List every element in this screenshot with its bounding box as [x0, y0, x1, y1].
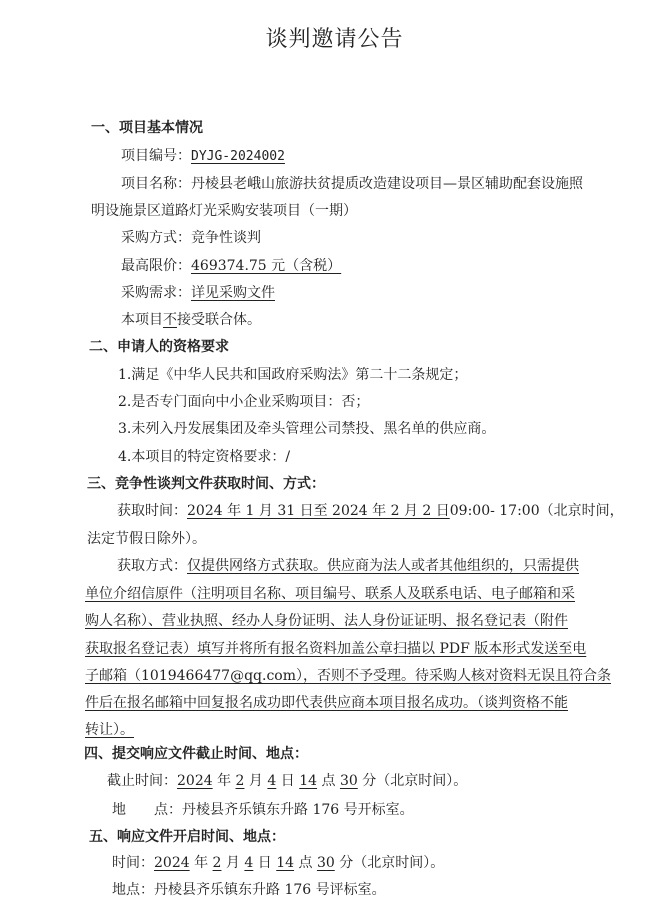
- deadline-day: 4: [267, 773, 276, 789]
- opening-time-label: 时间：: [112, 855, 154, 871]
- procurement-method-value: 竞争性谈判: [191, 230, 261, 246]
- deadline-place-label: 地 点：: [112, 802, 182, 818]
- procurement-method-label: 采购方式：: [121, 230, 191, 246]
- deadline-hour: 14: [299, 773, 317, 789]
- acquisition-time-label: 获取时间：: [117, 503, 187, 519]
- deadline-time-label: 截止时间：: [107, 773, 177, 789]
- project-name-row: 项目名称：丹棱县老峨山旅游扶贫提质改造建设项目—景区辅助配套设施照: [121, 174, 583, 194]
- opening-month-unit: 月: [221, 855, 244, 871]
- consortium-text-post: 接受联合体。: [177, 312, 261, 328]
- section-5-heading: 五、响应文件开启时间、地点：: [89, 827, 285, 847]
- document-title: 谈判邀请公告: [0, 22, 669, 53]
- opening-day: 4: [244, 855, 253, 871]
- acquisition-method-line2: 单位介绍信原件（注明项目名称、项目编号、联系人及联系电话、电子邮箱和采: [85, 584, 575, 604]
- acquisition-method-line5-email: 子邮箱（1019466477@qq.com），否则不予受理。待采购人核对资料无误…: [85, 666, 611, 686]
- deadline-year: 2024: [177, 773, 213, 789]
- deadline-place-value: 丹棱县齐乐镇东升路 176 号开标室。: [182, 802, 414, 818]
- project-name-value-line2: 明设施景区道路灯光采购安装项目（一期）: [91, 201, 357, 221]
- acquisition-method-line6: 件后在报名邮箱中回复报名成功即代表供应商本项目报名成功。（谈判资格不能: [85, 693, 568, 713]
- acquisition-method-line7: 转让）。: [85, 720, 134, 740]
- opening-year-unit: 年: [190, 855, 213, 871]
- max-price-value: 469374.75 元（含税）: [191, 258, 341, 274]
- opening-day-unit: 日: [253, 855, 276, 871]
- qualification-item-3: 3.未列入丹发展集团及牵头管理公司禁投、黑名单的供应商。: [118, 419, 495, 439]
- deadline-minute-unit: 分（北京时间）。: [358, 773, 467, 789]
- opening-time-row: 时间：2024 年 2 月 4 日 14 点 30 分（北京时间）。: [112, 853, 444, 873]
- opening-hour-unit: 点: [294, 855, 317, 871]
- section-3-heading: 三、竞争性谈判文件获取时间、方式：: [87, 474, 325, 494]
- procurement-demand-label: 采购需求：: [121, 285, 191, 301]
- procurement-demand-row: 采购需求：详见采购文件: [121, 283, 275, 303]
- qualification-item-2: 2.是否专门面向中小企业采购项目：否；: [118, 392, 369, 412]
- procurement-demand-value: 详见采购文件: [191, 285, 275, 301]
- section-4-heading: 四、提交响应文件截止时间、地点：: [84, 744, 308, 764]
- deadline-year-unit: 年: [213, 773, 236, 789]
- acquisition-time-hours: 09:00- 17:00（北京时间，: [450, 503, 624, 519]
- opening-year: 2024: [154, 855, 190, 871]
- acquisition-method-line1: 仅提供网络方式获取。供应商为法人或者其他组织的，只需提供: [187, 558, 579, 574]
- deadline-month-unit: 月: [244, 773, 267, 789]
- section-2-heading: 二、申请人的资格要求: [89, 337, 229, 357]
- consortium-text-pre: 本项目: [121, 312, 163, 328]
- deadline-time-row: 截止时间：2024 年 2 月 4 日 14 点 30 分（北京时间）。: [107, 771, 467, 791]
- project-number-label: 项目编号：: [121, 148, 191, 164]
- project-number-row: 项目编号：DYJG-2024002: [121, 146, 285, 167]
- acquisition-method-line4: 获取报名登记表）填写并将所有报名资料加盖公章扫描以 PDF 版本形式发送至电: [85, 639, 586, 659]
- project-number-value: DYJG-2024002: [191, 149, 285, 164]
- acquisition-method-row: 获取方式：仅提供网络方式获取。供应商为法人或者其他组织的，只需提供: [117, 556, 579, 576]
- opening-hour: 14: [276, 855, 294, 871]
- acquisition-time-range: 2024 年 1 月 31 日至 2024 年 2 月 2 日: [187, 503, 450, 519]
- document-page: 谈判邀请公告 一、项目基本情况 项目编号：DYJG-2024002 项目名称：丹…: [0, 0, 669, 901]
- procurement-method-row: 采购方式：竞争性谈判: [121, 228, 261, 248]
- opening-place-label: 地点：: [112, 882, 154, 898]
- acquisition-method-label: 获取方式：: [117, 558, 187, 574]
- deadline-hour-unit: 点: [317, 773, 340, 789]
- deadline-day-unit: 日: [276, 773, 299, 789]
- opening-place-row: 地点：丹棱县齐乐镇东升路 176 号评标室。: [112, 880, 386, 900]
- deadline-place-row: 地 点：丹棱县齐乐镇东升路 176 号开标室。: [112, 800, 414, 820]
- acquisition-time-row: 获取时间：2024 年 1 月 31 日至 2024 年 2 月 2 日09:0…: [117, 501, 624, 521]
- project-name-value-line1: 丹棱县老峨山旅游扶贫提质改造建设项目—景区辅助配套设施照: [191, 176, 583, 192]
- qualification-item-4: 4.本项目的特定资格要求：/: [118, 447, 290, 467]
- qualification-item-1: 1.满足《中华人民共和国政府采购法》第二十二条规定；: [118, 365, 467, 385]
- consortium-not: 不: [163, 312, 177, 328]
- max-price-label: 最高限价：: [121, 258, 191, 274]
- acquisition-time-line2: 法定节假日除外）。: [87, 529, 206, 549]
- section-1-heading: 一、项目基本情况: [91, 118, 203, 138]
- opening-place-value: 丹棱县齐乐镇东升路 176 号评标室。: [154, 882, 386, 898]
- project-name-label: 项目名称：: [121, 176, 191, 192]
- opening-minute: 30: [317, 855, 335, 871]
- opening-minute-unit: 分（北京时间）。: [335, 855, 444, 871]
- acquisition-method-line3: 购人名称）、营业执照、经办人身份证明、法人身份证证明、报名登记表（附件: [85, 611, 568, 631]
- deadline-minute: 30: [340, 773, 358, 789]
- consortium-row: 本项目不接受联合体。: [121, 310, 261, 330]
- max-price-row: 最高限价：469374.75 元（含税）: [121, 256, 341, 276]
